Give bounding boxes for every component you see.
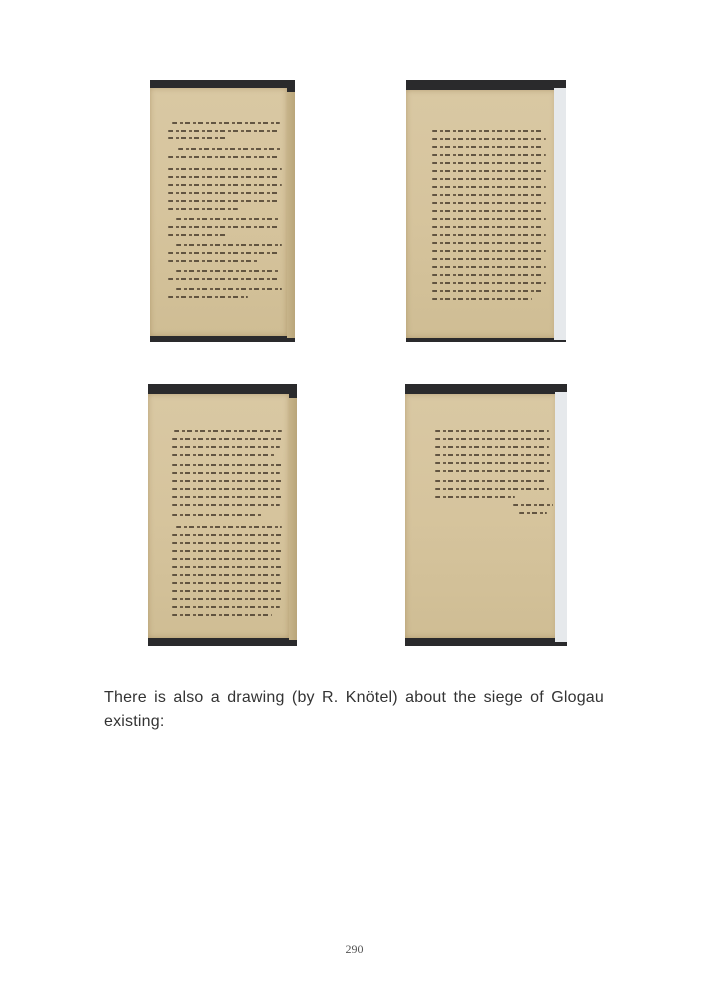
page-number: 290 xyxy=(0,942,709,957)
manuscript-photo-4 xyxy=(405,384,567,646)
page-edge xyxy=(554,88,566,340)
manuscript-photo-1 xyxy=(150,80,295,342)
caption-text: There is also a drawing (by R. Knötel) a… xyxy=(104,686,604,734)
manuscript-page xyxy=(150,88,287,336)
manuscript-photo-2 xyxy=(406,80,566,342)
manuscript-page xyxy=(406,90,556,338)
page-edge xyxy=(287,92,295,338)
manuscript-photo-3 xyxy=(148,384,297,646)
page-edge xyxy=(289,398,297,640)
signature xyxy=(513,504,553,506)
page-edge xyxy=(555,392,567,642)
